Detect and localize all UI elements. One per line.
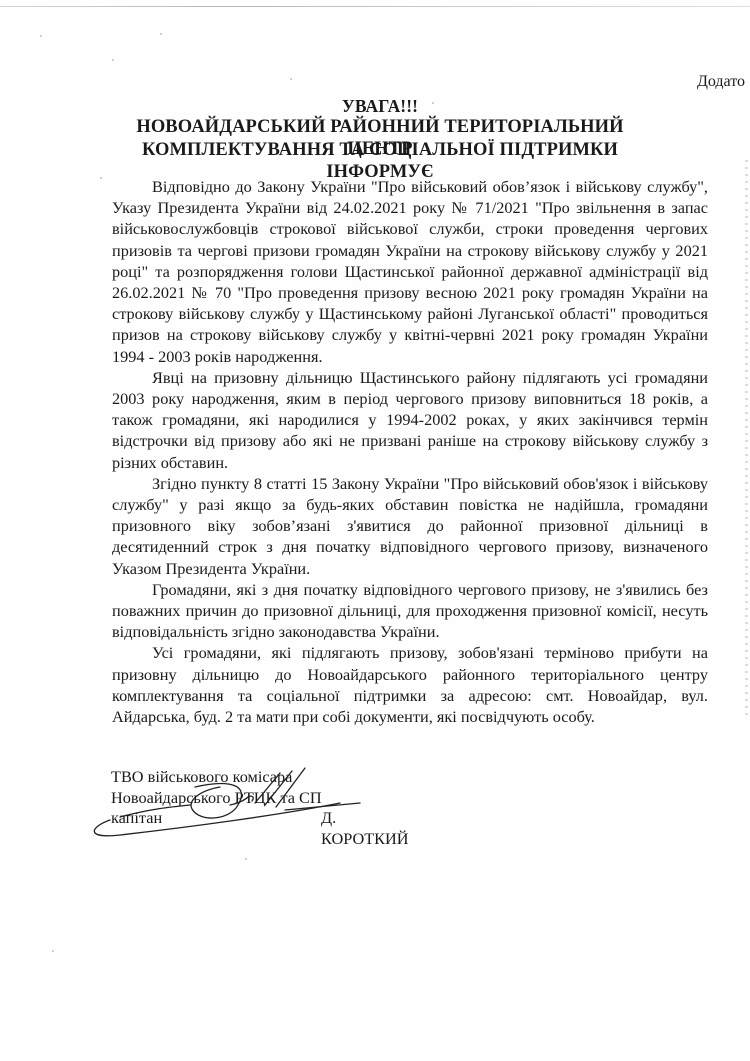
- page-top-edge: [0, 6, 750, 7]
- page-right-edge-scan-noise: [745, 160, 748, 720]
- addendum-label: Додато: [697, 73, 745, 91]
- scan-speck: [112, 59, 114, 61]
- scan-speck: [432, 102, 434, 104]
- paragraph-liability: Громадяни, які з дня початку відповідног…: [112, 579, 708, 643]
- scan-speck: [290, 78, 292, 80]
- scanned-document-page: Додато УВАГА!!! НОВОАЙДАРСЬКИЙ РАЙОННИЙ …: [0, 0, 750, 1061]
- paragraph-who-must-appear: Явці на призовну дільницю Щастинського р…: [112, 367, 708, 473]
- scan-speck: [52, 950, 54, 952]
- handwritten-signature-icon: [80, 765, 400, 840]
- announcement-body: Відповідно до Закону України "Про військ…: [112, 176, 708, 727]
- paragraph-no-summons: Згідно пункту 8 статті 15 Закону України…: [112, 473, 708, 579]
- scan-speck: [40, 35, 42, 37]
- scan-speck: [100, 177, 102, 179]
- paragraph-legal-basis: Відповідно до Закону України "Про військ…: [112, 176, 708, 367]
- scan-speck: [245, 858, 247, 860]
- paragraph-address: Усі громадяни, які підлягають призову, з…: [112, 642, 708, 727]
- scan-speck: [160, 33, 162, 35]
- attention-heading: УВАГА!!!: [110, 95, 650, 117]
